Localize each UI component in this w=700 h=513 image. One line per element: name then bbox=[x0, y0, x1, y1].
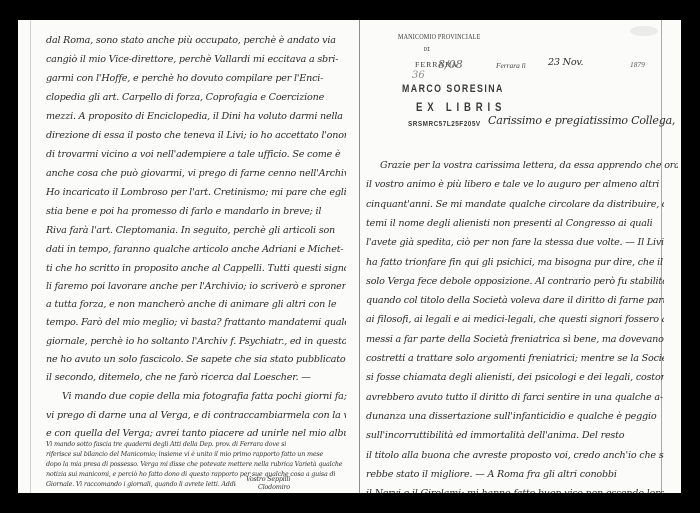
archive-number: 8/08 bbox=[438, 58, 463, 71]
postscript-line: dopo la mia presa di possesso. Verga mi … bbox=[46, 460, 346, 468]
letter-line: quando col titolo della Società voleva d… bbox=[366, 295, 664, 306]
letter-line: cinquant'anni. Se mi mandate qualche cir… bbox=[366, 199, 664, 210]
left-margin-line bbox=[30, 20, 31, 493]
letter-line: solo Verga fece debole opposizione. Al c… bbox=[366, 276, 664, 287]
dateline-place: Ferrara lì bbox=[496, 61, 526, 70]
letter-line: il secondo, ditemelo, che ne farò ricerc… bbox=[46, 372, 346, 383]
letter-line: giornale, perchè io ho soltanto l'Archiv… bbox=[46, 336, 346, 347]
letter-line: ti che ho scritto in proposito anche al … bbox=[46, 263, 346, 274]
letter-line: messi a far parte della Società freniatr… bbox=[366, 334, 664, 345]
signature-line-1: Vostro Seppilli bbox=[246, 475, 326, 483]
letter-line: l'avete già spedita, ciò per non fare la… bbox=[366, 237, 664, 248]
letter-line: vi prego di darne una al Verga, e di con… bbox=[46, 410, 346, 421]
letter-line: il titolo alla buona che avreste propost… bbox=[366, 450, 664, 461]
letter-line: anche cosa che può giovarmi, vi prego di… bbox=[46, 168, 346, 179]
letter-line: costretti a trattare solo argomenti fren… bbox=[366, 353, 664, 364]
ex-libris-code: SRSMRC57L25F205V bbox=[408, 119, 481, 128]
postscript-line: Vi mando sotto fascia tre quaderni degli… bbox=[46, 440, 346, 448]
pencil-mark: 36 bbox=[412, 70, 425, 81]
letter-line: sull'incorruttibilità ed immortalità del… bbox=[366, 430, 664, 441]
letter-line: di trovarmi vicino a voi nell'adempiere … bbox=[46, 149, 346, 160]
letter-line: si fosse chiamata degli alienisti, dei p… bbox=[366, 372, 664, 383]
dateline-day: 23 Nov. bbox=[548, 57, 583, 68]
letter-line: tempo. Farò del mio meglio; vi basta? fr… bbox=[46, 317, 346, 328]
letter-line: cangiò il mio Vice-direttore, perchè Val… bbox=[46, 54, 346, 65]
ex-libris-name: MARCO SORESINA bbox=[402, 83, 504, 95]
letter-line: garmi con l'Hoffe, e perchè ho dovuto co… bbox=[46, 73, 346, 84]
postscript-line: Giornale. Vi raccomando i giornali, quan… bbox=[46, 480, 236, 488]
letter-line: mezzi. A proposito di Enciclopedia, il D… bbox=[46, 111, 346, 122]
letterhead-di: DI bbox=[424, 47, 430, 53]
letter-line: clopedia gli art. Carpello di forza, Cop… bbox=[46, 92, 346, 103]
letter-line: rebbe stato il migliore. — A Roma fra gl… bbox=[366, 469, 664, 480]
letter-line: ne ho avuto un solo fascicolo. Se sapete… bbox=[46, 354, 346, 365]
letterhead-institution: MANICOMIO PROVINCIALE bbox=[398, 33, 480, 41]
letter-line: ha fatto trionfare fin qui gli psichici,… bbox=[366, 257, 664, 268]
letter-line: temi il nome degli alienisti non present… bbox=[366, 218, 664, 229]
letter-line: dati in tempo, faranno qualche articolo … bbox=[46, 244, 346, 255]
letter-line: ai filosofi, ai legali e ai medici-legal… bbox=[366, 314, 664, 325]
stain bbox=[630, 26, 658, 36]
letter-line: dal Roma, sono stato anche più occupato,… bbox=[46, 35, 346, 46]
letter-line: stia bene e poi ha promesso di farlo e m… bbox=[46, 206, 346, 217]
signature-line-2: Clodomiro bbox=[258, 483, 338, 491]
letter-line: Ho incaricato il Lombroso per l'art. Cre… bbox=[46, 187, 346, 198]
letter-line: il vostro animo è più libero e tale ve l… bbox=[366, 179, 664, 190]
letter-line: Grazie per la vostra carissima lettera, … bbox=[380, 160, 678, 171]
letter-line: e con quella del Verga; avrei tanto piac… bbox=[46, 428, 346, 439]
letter-line: il Nervi e il Girolami; mi hanno fatto b… bbox=[366, 488, 664, 493]
postscript-line: riferisce sul bilancio del Manicomio; in… bbox=[46, 450, 346, 458]
letter-line: Riva farà l'art. Cleptomania. In seguito… bbox=[46, 225, 346, 236]
letter-line: direzione di essa il posto che teneva il… bbox=[46, 130, 346, 141]
dateline-year: 1879 bbox=[630, 60, 645, 69]
letter-paper: dal Roma, sono stato anche più occupato,… bbox=[18, 20, 681, 493]
letter-line: li faremo poi lavorare anche per l'Archi… bbox=[46, 281, 346, 292]
page-fold bbox=[359, 20, 360, 493]
letter-line: avrebbero avuto tutto il diritto di farc… bbox=[366, 392, 664, 403]
letter-line: Vi mando due copie della mia fotografia … bbox=[62, 391, 362, 402]
ex-libris-label: EX LIBRIS bbox=[416, 100, 506, 114]
salutation: Carissimo e pregiatissimo Collega, bbox=[488, 114, 675, 127]
letter-line: a tutta forza, e non mancherò anche di a… bbox=[46, 299, 346, 310]
letter-line: dunanza una dissertazione sull'infantici… bbox=[366, 411, 664, 422]
